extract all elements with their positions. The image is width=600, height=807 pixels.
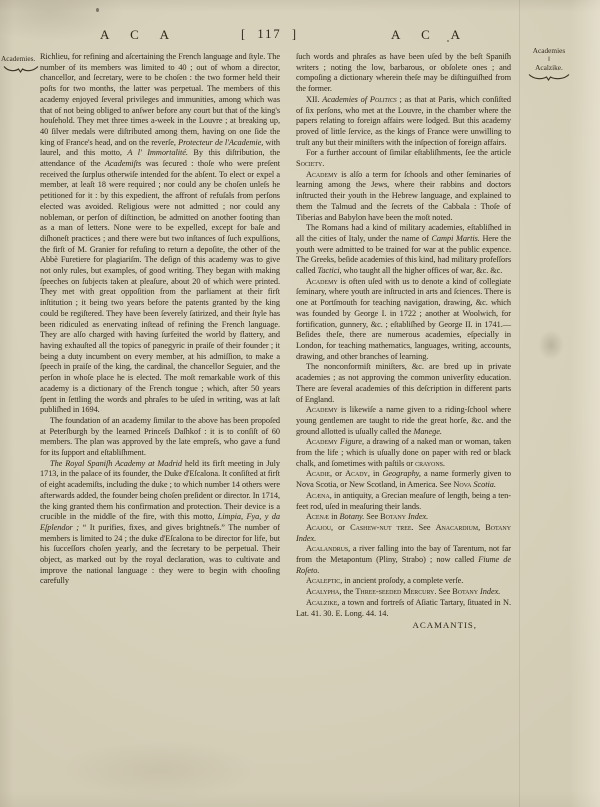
paragraph: Richlieu, for refining and aſcertaining … (40, 52, 280, 416)
text-segment: Acalypha (306, 587, 339, 596)
paragraph: The Romans had a kind of military academ… (296, 223, 511, 277)
text-segment: Botany (485, 523, 511, 532)
text-segment: , or (331, 523, 350, 532)
text-segment: Acæna (306, 491, 330, 500)
right-column-text: ſuch words and phraſes as have been uſed… (296, 52, 511, 619)
text-segment: Index. (296, 534, 316, 543)
text-segment: Academy (306, 437, 338, 446)
text-segment: Campi Martis. (431, 234, 479, 243)
paragraph: Acalzike, a town and fortreſs of Aſiatic… (296, 598, 511, 619)
paragraph: Acalandrus, a river falling into the bay… (296, 544, 511, 576)
text-segment: Nova (453, 480, 471, 489)
text-segment: . (443, 459, 445, 468)
text-segment: Cashew-nut tree (350, 523, 411, 532)
paragraph: XII. Academies of Politics ; as that at … (296, 95, 511, 149)
margin-note-label: Academies. (1, 54, 41, 64)
brace-icon (3, 65, 39, 73)
margin-note-label: Academies (520, 46, 578, 56)
text-segment: Anacardium (436, 523, 479, 532)
text-segment: Richlieu, for refining and aſcertaining … (40, 52, 280, 147)
text-segment: For a further account of ſimilar eſtabli… (306, 148, 511, 157)
text-segment: Acalandrus (306, 544, 348, 553)
text-segment: Index. (478, 587, 500, 596)
text-segment: “ It purifies, fixes, and gives brightne… (40, 523, 280, 586)
paragraph: Acadie, or Acady, in Geography, a name f… (296, 469, 511, 490)
text-segment: , in (368, 469, 383, 478)
text-segment: Academy (306, 277, 338, 286)
right-column: ſuch words and phraſes as have been uſed… (296, 52, 511, 631)
text-segment: is often uſed with us to denote a kind o… (296, 277, 511, 361)
paragraph: Academy is likewiſe a name given to a ri… (296, 405, 511, 437)
text-segment: Academy (306, 170, 338, 179)
text-segment: , in ancient proſody, a complete verſe. (340, 576, 463, 585)
page-number: [ 117 ] (222, 27, 317, 42)
ink-speck (96, 8, 99, 12)
paragraph: The Royal Spaniſh Academy at Madrid held… (40, 459, 280, 587)
margin-note-right: Academies ‖ Acalzike. (520, 46, 578, 81)
running-head-left: A C A (92, 27, 182, 43)
scanned-page: A C A [ 117 ] A C A Academies. Academies… (0, 0, 600, 807)
running-head-right: A C A (383, 27, 473, 43)
paragraph: Academy is alſo a term for ſchools and o… (296, 170, 511, 224)
text-segment: Figure, (338, 437, 364, 446)
brace-icon (528, 73, 570, 81)
text-segment: . (322, 159, 324, 168)
text-segment: Protecteur de l'Academie, (178, 138, 263, 147)
text-segment: Academy (306, 405, 338, 414)
text-segment: Index. (406, 512, 428, 521)
text-segment: Society (296, 159, 322, 168)
text-segment: See (364, 512, 380, 521)
text-segment: in (329, 512, 339, 521)
text-segment: Academiſts (105, 159, 141, 168)
paragraph: The foundation of an academy ſimilar to … (40, 416, 280, 459)
paragraph: Academy is often uſed with us to denote … (296, 277, 511, 363)
left-column: Richlieu, for refining and aſcertaining … (40, 52, 280, 587)
text-segment: Tactici, (318, 266, 342, 275)
text-segment: ſuch words and phraſes as have been uſed… (296, 52, 511, 93)
text-segment: Botany (452, 587, 478, 596)
paragraph: Acenæ in Botany. See Botany Index. (296, 512, 511, 523)
text-segment: who taught all the higher offices of war… (342, 266, 503, 275)
text-segment: , the (339, 587, 355, 596)
text-segment: Politics (370, 95, 397, 104)
text-segment: crayons (415, 459, 443, 468)
margin-note-left: Academies. (1, 54, 41, 73)
paragraph: Acalypha, the Three-seeded Mercury. See … (296, 587, 511, 598)
margin-note-label: Acalzike. (520, 63, 578, 73)
text-segment: Scotia. (471, 480, 496, 489)
text-segment: Three-seeded Mercury (355, 587, 434, 596)
text-segment: Manege. (413, 427, 441, 436)
text-segment: Botany. (339, 512, 364, 521)
text-segment: XII. (306, 95, 322, 104)
text-segment: Acady (345, 469, 368, 478)
text-segment: Academies of (322, 95, 370, 104)
paper-stain (538, 330, 564, 360)
paper-stain (60, 740, 260, 800)
paragraph: For a further account of ſimilar eſtabli… (296, 148, 511, 169)
paragraph: Acajou, or Cashew-nut tree. See Anacardi… (296, 523, 511, 544)
paragraph: ſuch words and phraſes as have been uſed… (296, 52, 511, 95)
text-segment: Acenæ (306, 512, 329, 521)
page-fold-line (519, 0, 520, 807)
text-segment: The Royal Spaniſh Academy at Madrid (50, 459, 182, 468)
paragraph: Acæna, in antiquity, a Grecian meaſure o… (296, 491, 511, 512)
paragraph: The nonconformiſt miniſters, &c. are bre… (296, 362, 511, 405)
text-segment: Geography, (382, 469, 420, 478)
text-segment: , or (330, 469, 345, 478)
text-segment: Acajou (306, 523, 331, 532)
catchword: ACAMANTIS, (296, 620, 511, 631)
text-segment: The foundation of an academy ſimilar to … (40, 416, 280, 457)
text-segment: A l' Immortalité. (127, 148, 188, 157)
text-segment: was ſecured : thoſe who were preſent rec… (40, 159, 280, 414)
paragraph: Academy Figure, a drawing of a naked man… (296, 437, 511, 469)
text-segment: Acaleptic (306, 576, 340, 585)
double-bar-glyph: ‖ (520, 56, 578, 63)
text-segment: The nonconformiſt miniſters, &c. are bre… (296, 362, 511, 403)
text-segment: . See (411, 523, 435, 532)
text-segment: Acadie (306, 469, 330, 478)
text-segment: . See (434, 587, 452, 596)
paragraph: Acaleptic, in ancient proſody, a complet… (296, 576, 511, 587)
text-segment: Botany (380, 512, 406, 521)
text-segment: Acalzike (306, 598, 337, 607)
